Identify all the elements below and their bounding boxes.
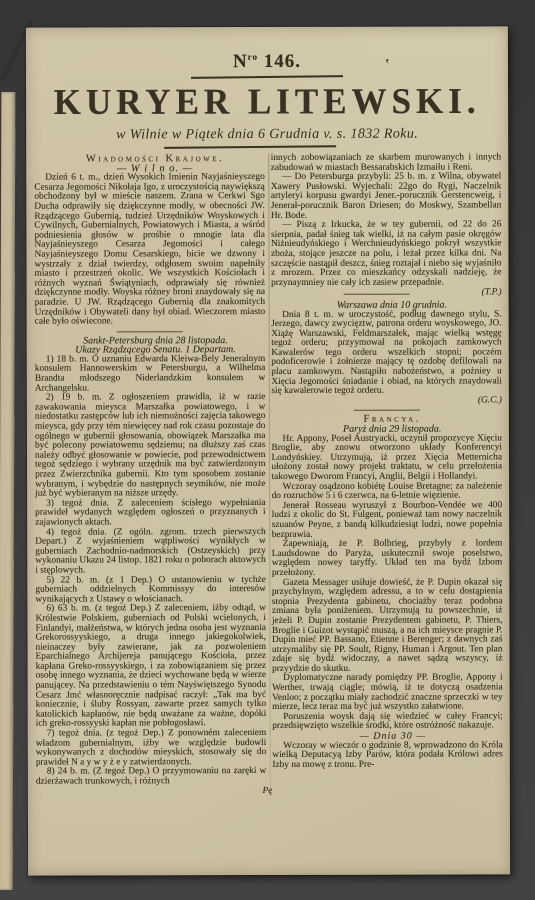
ukaz-item: 1) 18 b. m. O uznaniu Edwarda Kleiwa-Bel…: [35, 355, 266, 394]
signature-row: (T.P.): [271, 289, 502, 299]
signature-tp: (T.P.): [482, 289, 502, 299]
catchword: Pę: [36, 787, 273, 797]
ukaz-item: 6) 63 b. m. (z tegoż Dep.) Z zaleceniem,…: [35, 604, 266, 729]
paragraph: Hr. Appony, Poseł Austryacki, uczynił pr…: [271, 434, 502, 483]
ukaz-item: 4) tegoż dnia. (Z ogóln. zgrom. trzech p…: [35, 528, 266, 577]
columns: Wiadomości Krajowe. — W i l n o. — Dzień…: [26, 147, 510, 796]
paragraph: — Do Petersburga przybyli: 25 b. m. z Wi…: [271, 173, 502, 222]
right-column: innych zobowiązaniach ze skarbem murowan…: [271, 153, 503, 770]
scanner-backdrop: { "masthead": { "issue_prefix": "N", "is…: [0, 0, 535, 900]
dateline: w Wilnie w Piątek dnia 6 Grudnia v. s. 1…: [26, 126, 508, 143]
paragraph: Gazeta Messager usiłuje dowieść, że P. D…: [272, 578, 503, 675]
ukaz-item: 3) tegoż dnia. Z zaleceniem ścisłego wyp…: [35, 499, 266, 528]
paragraph: — Piszą z Irkucka, że w tey gubernii, od…: [271, 221, 502, 289]
section-rule: [117, 331, 183, 332]
paragraph: Wczoray w wieczór o godzinie 8, wprowadz…: [272, 741, 503, 770]
issue-underline-rule: [191, 75, 343, 79]
paragraph: Wczoray osądzono kobiétę Louise Bretagne…: [272, 482, 503, 502]
paragraph: Dzień 6 t. m., dzień Wysokich Imienin Na…: [34, 173, 265, 327]
issue-prefix: N: [233, 51, 248, 72]
paragraph: Zapewniają, że P. Bolbrieg, przybyły z l…: [272, 540, 503, 579]
ukaz-item: 7) tegoż dnia. (z tegoż Dep.) Z ponowném…: [36, 729, 267, 768]
section-rule: [343, 293, 409, 294]
paragraph: Dnia 8 t. m. w uroczystość, podług dawne…: [271, 310, 502, 397]
masthead: ‛ Nro 146. KURYER LITEWSKI. w Wilnie w P…: [26, 26, 508, 148]
issue-sup: ro: [248, 52, 258, 62]
left-column: Wiadomości Krajowe. — W i l n o. — Dzień…: [34, 154, 266, 797]
issue-value: 146.: [264, 51, 301, 72]
section-rule: [354, 410, 420, 411]
signature-gc: (G.C.): [271, 396, 502, 406]
issue-number: Nro 146.: [26, 50, 508, 73]
ukaz-item: 5) 22 b. m. (z 1 Dep.) O ustanowieniu w …: [35, 576, 266, 605]
ukaz-item: 2) 19 b. m. Z ogłoszeniem prawidła, iż w…: [35, 393, 266, 499]
adjacent-page-edge: [0, 92, 15, 890]
paragraph: Poruszenia woysk dają się wiedzieć w cał…: [272, 712, 503, 732]
paragraph: Jenerał Rosseau wyruszył z Bourbon-Vendé…: [272, 501, 503, 540]
ukaz-item: 8) 24 b. m. (Z tegoż Dep.) O przyymowani…: [36, 767, 267, 787]
paragraph: innych zobowiązaniach ze skarbem murowan…: [271, 153, 502, 173]
newspaper-title: KURYER LITEWSKI.: [26, 81, 508, 124]
paragraph: Dyplomatyczne narady pomiędzy PP. Brogli…: [272, 674, 503, 713]
newspaper-page: ‛ Nro 146. KURYER LITEWSKI. w Wilnie w P…: [26, 26, 510, 875]
